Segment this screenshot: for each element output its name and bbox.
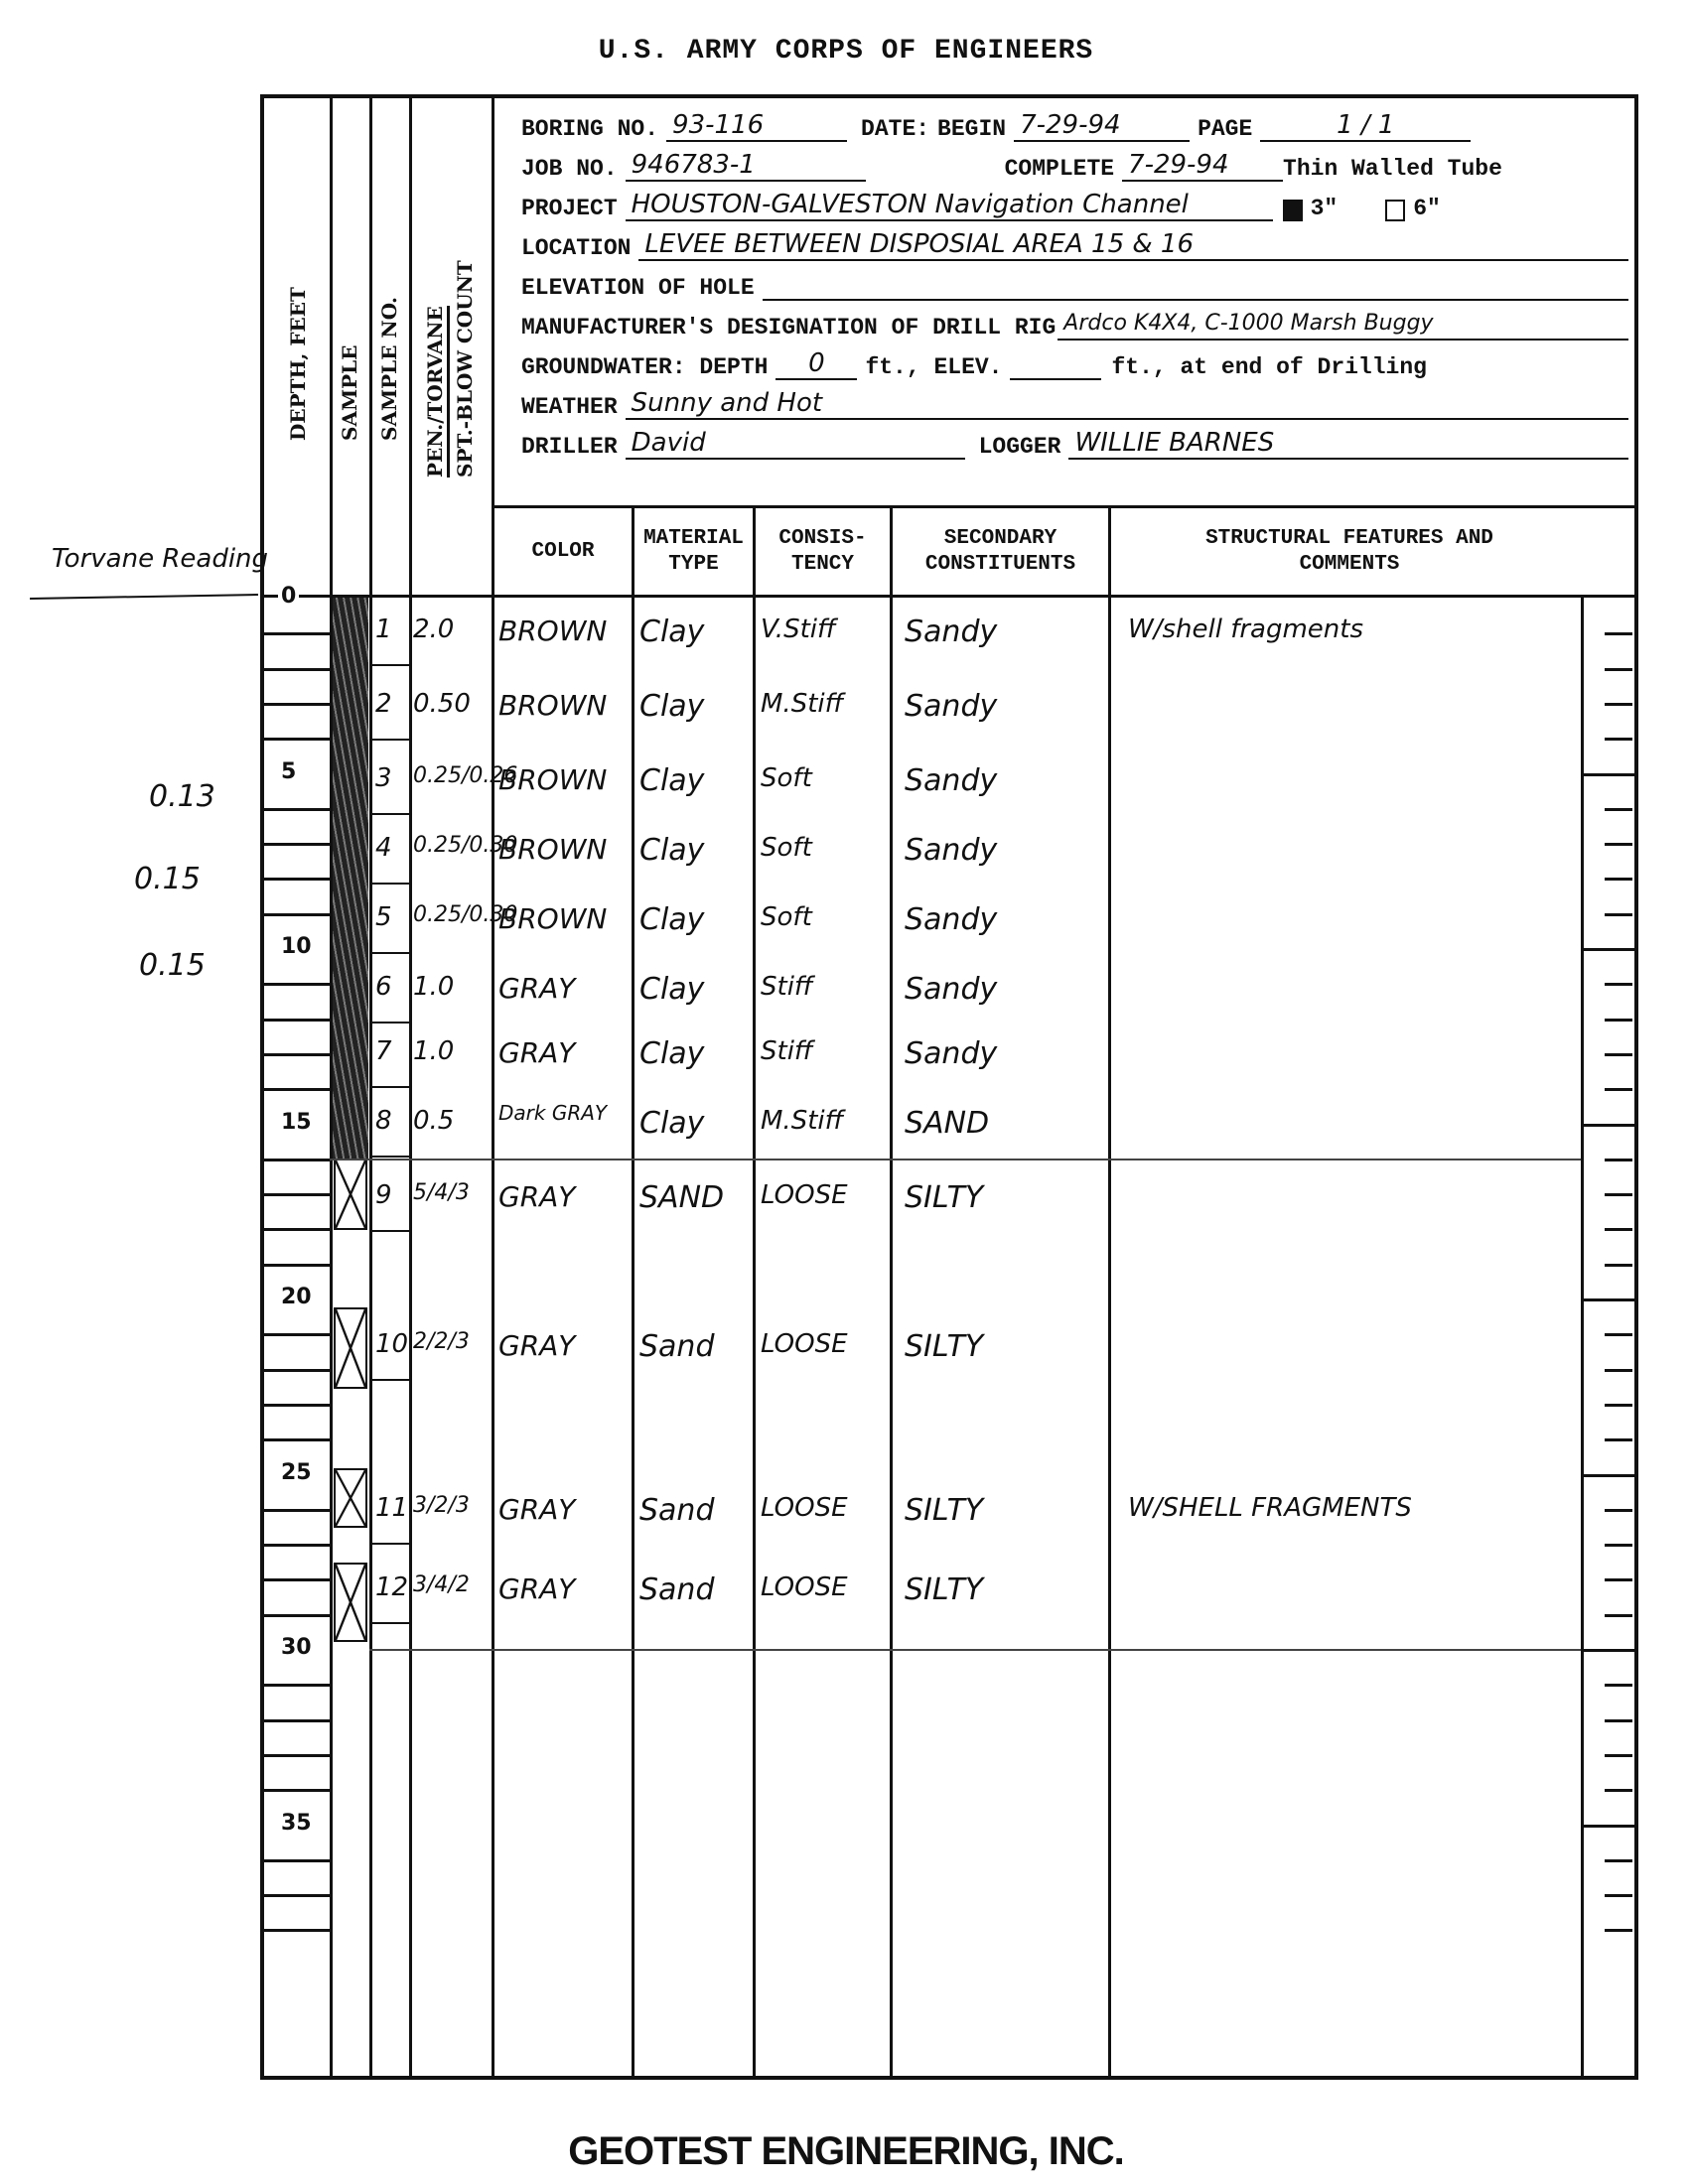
page-field[interactable]: 1 / 1	[1260, 110, 1471, 142]
info-row-elevation: ELEVATION OF HOLE	[521, 261, 1628, 301]
divider-info	[492, 505, 1634, 508]
scale-minor-tick	[1605, 1053, 1632, 1056]
depth-label-30: 30	[278, 1635, 315, 1660]
depth-minor-tick	[264, 1264, 330, 1267]
depth-minor-tick	[264, 1019, 330, 1022]
elevation-field[interactable]	[763, 269, 1628, 301]
sample-color: GRAY	[498, 1493, 575, 1526]
sample-consistency: M.Stiff	[761, 689, 843, 719]
job-no-label: JOB NO.	[521, 156, 618, 182]
groundwater-depth-field[interactable]: 0	[775, 348, 857, 380]
job-no-field[interactable]: 946783-1	[626, 150, 866, 182]
scale-minor-tick	[1605, 1369, 1632, 1372]
scale-minor-tick	[1605, 1193, 1632, 1196]
depth-label-10: 10	[278, 934, 315, 959]
depth-minor-tick	[264, 808, 330, 811]
depth-minor-tick	[264, 1544, 330, 1547]
col-pen-heading: PEN./TORVANE	[423, 306, 450, 478]
sample-consistency: Stiff	[761, 972, 813, 1002]
scale-major-tick	[1581, 1298, 1634, 1301]
sample-consistency: M.Stiff	[761, 1106, 843, 1136]
depth-minor-tick	[264, 632, 330, 635]
scale-minor-tick	[1605, 632, 1632, 635]
depth-minor-tick	[264, 1088, 330, 1091]
scale-major-tick	[1581, 1124, 1634, 1127]
depth-label-0: 0	[278, 584, 299, 609]
sample-consistency: LOOSE	[761, 1180, 848, 1210]
tube-sample-graphic	[333, 598, 368, 1159]
depth-minor-tick	[264, 1894, 330, 1897]
sample-secondary: SAND	[905, 1106, 989, 1141]
depth-minor-tick	[264, 1614, 330, 1617]
torvane-reading-2: 0.15	[134, 862, 201, 896]
divider-consistency	[890, 505, 893, 2076]
boring-no-field[interactable]: 93-116	[666, 110, 847, 142]
sample-pen: 2/2/3	[413, 1329, 470, 1354]
sample-material: Clay	[639, 833, 704, 868]
sample-pen: 1.0	[413, 1036, 454, 1066]
scale-minor-tick	[1605, 1544, 1632, 1547]
scale-minor-tick	[1605, 1509, 1632, 1512]
scale-minor-tick	[1605, 808, 1632, 811]
scale-minor-tick	[1605, 738, 1632, 741]
sample-no: 1	[375, 614, 392, 644]
end-of-log-line	[369, 1649, 1581, 1651]
sample-color: BROWN	[498, 833, 607, 866]
scale-major-tick	[1581, 1649, 1634, 1652]
depth-minor-tick	[264, 1754, 330, 1757]
depth-label-35: 35	[278, 1811, 315, 1836]
weather-label: WEATHER	[521, 394, 618, 420]
boring-info: BORING NO. 93-116 DATE: BEGIN 7-29-94 PA…	[492, 94, 1638, 491]
info-row-driller: DRILLER David LOGGER WILLIE BARNES	[521, 420, 1628, 460]
depth-label-15: 15	[278, 1110, 315, 1135]
depth-minor-tick	[264, 1438, 330, 1441]
tube-6in-checkbox[interactable]	[1385, 200, 1405, 221]
sample-secondary: SILTY	[905, 1180, 983, 1215]
divider-color	[632, 505, 634, 2076]
sample-row-separator	[369, 1156, 409, 1158]
sample-pen: 1.0	[413, 972, 454, 1002]
page-label: PAGE	[1198, 116, 1252, 142]
sample-row-separator	[369, 1379, 409, 1381]
scale-minor-tick	[1605, 1614, 1632, 1617]
scale-minor-tick	[1605, 703, 1632, 706]
sample-no: 6	[375, 972, 392, 1002]
sample-color: GRAY	[498, 1572, 575, 1605]
scale-minor-tick	[1605, 1333, 1632, 1336]
torvane-reading-note: Torvane Reading	[52, 544, 268, 574]
sample-secondary: Sandy	[905, 972, 997, 1007]
depth-minor-tick	[264, 1369, 330, 1372]
rig-field[interactable]: Ardco K4X4, C-1000 Marsh Buggy	[1057, 309, 1628, 341]
depth-minor-tick	[264, 1684, 330, 1687]
rig-label: MANUFACTURER'S DESIGNATION OF DRILL RIG	[521, 315, 1056, 341]
sample-color: GRAY	[498, 972, 575, 1005]
info-row-job: JOB NO. 946783-1 COMPLETE 7-29-94 Thin W…	[521, 142, 1628, 182]
scale-minor-tick	[1605, 1719, 1632, 1722]
col-sample-heading: SAMPLE	[338, 345, 361, 441]
spt-sample-graphic	[334, 1468, 367, 1528]
sample-row-separator	[369, 952, 409, 954]
tube-6in-label: 6"	[1413, 196, 1441, 221]
depth-minor-tick	[264, 1053, 330, 1056]
location-field[interactable]: LEVEE BETWEEN DISPOSIAL AREA 15 & 16	[638, 229, 1628, 261]
scale-major-tick	[1581, 948, 1634, 951]
scale-minor-tick	[1605, 1438, 1632, 1441]
info-row-weather: WEATHER Sunny and Hot	[521, 380, 1628, 420]
depth-minor-tick	[264, 1193, 330, 1196]
sample-row-separator	[369, 883, 409, 885]
sample-no: 2	[375, 689, 392, 719]
scale-minor-tick	[1605, 983, 1632, 986]
spt-sample-graphic	[334, 1159, 367, 1230]
margin-underline	[30, 594, 258, 600]
depth-minor-tick	[264, 1789, 330, 1792]
sample-row-separator	[369, 1230, 409, 1232]
groundwater-elev-field[interactable]	[1010, 348, 1101, 380]
sample-color: BROWN	[498, 689, 607, 722]
sample-row-separator	[369, 739, 409, 741]
project-field[interactable]: HOUSTON-GALVESTON Navigation Channel	[626, 190, 1273, 221]
sample-consistency: Soft	[761, 833, 812, 863]
sample-secondary: Sandy	[905, 902, 997, 937]
sample-row-separator	[369, 813, 409, 815]
sample-material: Clay	[639, 614, 704, 649]
info-row-rig: MANUFACTURER'S DESIGNATION OF DRILL RIG …	[521, 301, 1628, 341]
sample-row-separator	[369, 1022, 409, 1024]
scale-minor-tick	[1605, 1159, 1632, 1161]
divider-scale	[1581, 595, 1584, 2076]
sample-comments: W/shell fragments	[1128, 614, 1363, 644]
depth-minor-tick	[264, 1404, 330, 1407]
begin-label: BEGIN	[937, 116, 1006, 142]
sample-secondary: Sandy	[905, 614, 997, 649]
depth-minor-tick	[264, 1159, 330, 1161]
sample-no: 8	[375, 1106, 392, 1136]
scale-minor-tick	[1605, 668, 1632, 671]
sample-consistency: LOOSE	[761, 1572, 848, 1602]
col-secondary-heading: SECONDARY CONSTITUENTS	[893, 509, 1108, 595]
boring-no-label: BORING NO.	[521, 116, 658, 142]
depth-minor-tick	[264, 1719, 330, 1722]
divider-sample-no	[409, 98, 412, 2076]
sample-color: BROWN	[498, 614, 607, 647]
depth-minor-tick	[264, 1333, 330, 1336]
sample-consistency: Soft	[761, 763, 812, 793]
sample-row-separator	[369, 1086, 409, 1088]
divider-colhead	[264, 595, 1634, 598]
sample-color: Dark GRAY	[498, 1102, 608, 1124]
begin-date-field[interactable]: 7-29-94	[1014, 110, 1190, 142]
depth-minor-tick	[264, 1509, 330, 1512]
scale-minor-tick	[1605, 1019, 1632, 1022]
tube-3in-checkbox[interactable]	[1283, 200, 1303, 221]
logger-label: LOGGER	[979, 434, 1061, 460]
spt-sample-graphic	[334, 1307, 367, 1389]
scale-minor-tick	[1605, 1754, 1632, 1757]
sample-comments: W/SHELL FRAGMENTS	[1128, 1493, 1412, 1523]
project-label: PROJECT	[521, 196, 618, 221]
col-color-heading: COLOR	[494, 509, 632, 595]
scale-minor-tick	[1605, 843, 1632, 846]
depth-label-5: 5	[278, 759, 299, 784]
sample-material: Clay	[639, 902, 704, 937]
sample-color: GRAY	[498, 1180, 575, 1213]
sample-color: GRAY	[498, 1036, 575, 1069]
sample-secondary: Sandy	[905, 833, 997, 868]
depth-minor-tick	[264, 668, 330, 671]
torvane-reading-3: 0.15	[139, 948, 206, 983]
complete-date-field[interactable]: 7-29-94	[1122, 150, 1283, 182]
sample-secondary: SILTY	[905, 1572, 983, 1607]
sample-pen: 0.50	[413, 689, 471, 719]
scale-major-tick	[1581, 1825, 1634, 1828]
sample-no: 7	[375, 1036, 392, 1066]
scale-minor-tick	[1605, 1404, 1632, 1407]
scale-major-tick	[1581, 773, 1634, 776]
depth-minor-tick	[264, 1228, 330, 1231]
sample-material: Clay	[639, 1036, 704, 1071]
depth-minor-tick	[264, 1578, 330, 1581]
material-change-line	[330, 1159, 1581, 1160]
info-row-project: PROJECT HOUSTON-GALVESTON Navigation Cha…	[521, 182, 1628, 221]
end-of-drilling-label: ft., at end of Drilling	[1111, 354, 1426, 380]
depth-label-25: 25	[278, 1460, 315, 1485]
sample-pen: 0.5	[413, 1106, 454, 1136]
sample-row-separator	[369, 1622, 409, 1624]
col-sample-no-heading: SAMPLE NO.	[377, 297, 401, 441]
sample-no: 4	[375, 833, 392, 863]
scale-minor-tick	[1605, 1789, 1632, 1792]
depth-minor-tick	[264, 1859, 330, 1862]
scale-minor-tick	[1605, 878, 1632, 881]
location-label: LOCATION	[521, 235, 631, 261]
scale-minor-tick	[1605, 1228, 1632, 1231]
col-depth-heading: DEPTH, FEET	[286, 287, 310, 441]
info-row-groundwater: GROUNDWATER: DEPTH 0 ft., ELEV. ft., at …	[521, 341, 1628, 380]
sample-pen: 5/4/3	[413, 1180, 470, 1205]
sample-material: Clay	[639, 972, 704, 1007]
col-consistency-heading: CONSIS-TENCY	[756, 509, 890, 595]
divider-secondary	[1108, 505, 1111, 2076]
sample-row-separator	[369, 1543, 409, 1545]
col-spt-heading: SPT.-BLOW COUNT	[453, 260, 477, 478]
scale-minor-tick	[1605, 1859, 1632, 1862]
sample-no: 5	[375, 902, 392, 932]
sample-row-separator	[369, 664, 409, 666]
tube-3in-label: 3"	[1311, 196, 1339, 221]
sample-secondary: SILTY	[905, 1493, 983, 1528]
sample-consistency: LOOSE	[761, 1329, 848, 1359]
sample-material: Sand	[639, 1493, 714, 1528]
driller-label: DRILLER	[521, 434, 618, 460]
sample-pen: 3/4/2	[413, 1572, 470, 1597]
sample-consistency: V.Stiff	[761, 614, 836, 644]
info-row-boring: BORING NO. 93-116 DATE: BEGIN 7-29-94 PA…	[521, 102, 1628, 142]
info-row-location: LOCATION LEVEE BETWEEN DISPOSIAL AREA 15…	[521, 221, 1628, 261]
sample-color: GRAY	[498, 1329, 575, 1362]
weather-field[interactable]: Sunny and Hot	[626, 388, 1628, 420]
divider-material	[753, 505, 756, 2076]
scale-minor-tick	[1605, 1684, 1632, 1687]
scale-minor-tick	[1605, 1929, 1632, 1932]
groundwater-label: GROUNDWATER: DEPTH	[521, 354, 768, 380]
agency-title: U.S. ARMY CORPS OF ENGINEERS	[0, 36, 1692, 67]
complete-label: COMPLETE	[1005, 156, 1114, 182]
ft-elev-label: ft., ELEV.	[865, 354, 1002, 380]
sample-secondary: Sandy	[905, 689, 997, 724]
depth-minor-tick	[264, 703, 330, 706]
depth-minor-tick	[264, 878, 330, 881]
sample-color: BROWN	[498, 902, 607, 935]
company-footer: GEOTEST ENGINEERING, INC.	[0, 2129, 1692, 2174]
sample-pen: 3/2/3	[413, 1493, 470, 1518]
sample-secondary: Sandy	[905, 763, 997, 798]
sample-no: 11	[375, 1493, 408, 1523]
depth-minor-tick	[264, 1929, 330, 1932]
depth-minor-tick	[264, 913, 330, 916]
depth-minor-tick	[264, 843, 330, 846]
sample-no: 12	[375, 1572, 408, 1602]
sample-color: BROWN	[498, 763, 607, 796]
sample-consistency: Stiff	[761, 1036, 813, 1066]
scale-minor-tick	[1605, 1088, 1632, 1091]
sample-secondary: Sandy	[905, 1036, 997, 1071]
depth-minor-tick	[264, 738, 330, 741]
scale-minor-tick	[1605, 1264, 1632, 1267]
sample-material: SAND	[639, 1180, 724, 1215]
depth-label-20: 20	[278, 1285, 315, 1309]
col-structural-heading: STRUCTURAL FEATURES AND COMMENTS	[1111, 509, 1588, 595]
sample-no: 10	[375, 1329, 408, 1359]
scale-minor-tick	[1605, 1894, 1632, 1897]
sample-no: 3	[375, 763, 392, 793]
spt-sample-graphic	[334, 1563, 367, 1642]
scale-minor-tick	[1605, 1578, 1632, 1581]
logger-field[interactable]: WILLIE BARNES	[1068, 428, 1628, 460]
driller-field[interactable]: David	[626, 428, 965, 460]
scale-major-tick	[1581, 1474, 1634, 1477]
date-label: DATE:	[861, 116, 929, 142]
sample-material: Sand	[639, 1329, 714, 1364]
scale-minor-tick	[1605, 913, 1632, 916]
sample-consistency: Soft	[761, 902, 812, 932]
sample-material: Clay	[639, 763, 704, 798]
depth-minor-tick	[264, 983, 330, 986]
thin-walled-tube-label: Thin Walled Tube	[1283, 156, 1502, 182]
elevation-label: ELEVATION OF HOLE	[521, 275, 755, 301]
sample-pen: 2.0	[413, 614, 454, 644]
sample-material: Sand	[639, 1572, 714, 1607]
sample-consistency: LOOSE	[761, 1493, 848, 1523]
sample-secondary: SILTY	[905, 1329, 983, 1364]
sample-material: Clay	[639, 1106, 704, 1141]
sample-no: 9	[375, 1180, 392, 1210]
sample-material: Clay	[639, 689, 704, 724]
torvane-reading-1: 0.13	[149, 779, 215, 814]
col-material-heading: MATERIAL TYPE	[634, 509, 753, 595]
